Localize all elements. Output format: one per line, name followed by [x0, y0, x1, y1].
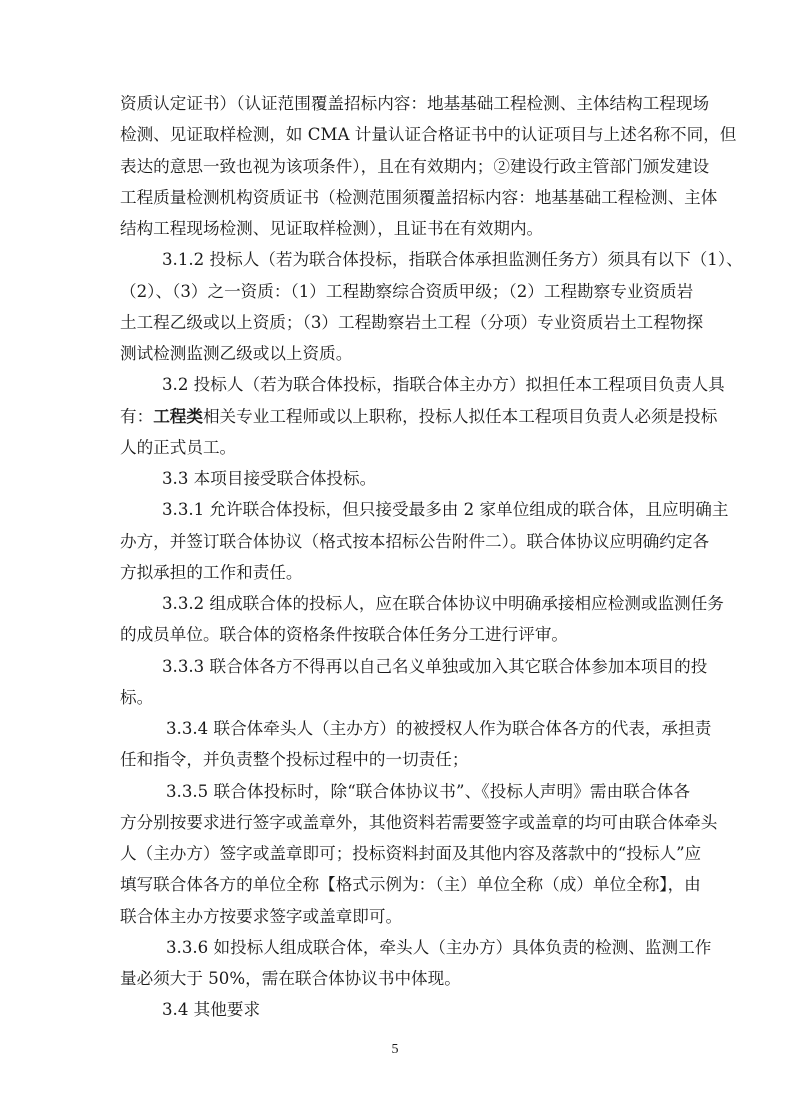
text-line: 结构工程现场检测、见证取样检测），且证书在有效期内。	[120, 213, 690, 244]
clause-3-3-1: 3.3.1 允许联合体投标，但只接受最多由 2 家单位组成的联合体，且应明确主	[120, 494, 690, 525]
text-line: 联合体主办方按要求签字或盖章即可。	[120, 901, 690, 932]
line-text: 相关专业工程师或以上职称，投标人拟任本工程项目负责人必须是投标	[203, 407, 717, 426]
text-line: 办方，并签订联合体协议（格式按本招标公告附件二）。联合体协议应明确约定各	[120, 526, 690, 557]
clause-3-3-6: 3.3.6 如投标人组成联合体，牵头人（主办方）具体负责的检测、监测工作	[120, 932, 690, 963]
clause-3-4: 3.4 其他要求	[120, 994, 690, 1025]
text-line: 土工程乙级或以上资质；（3）工程勘察岩土工程（分项）专业资质岩土工程物探	[120, 307, 690, 338]
bold-emphasis: 工程类	[153, 407, 203, 426]
text-line: 量必须大于 50%，需在联合体协议书中体现。	[120, 963, 690, 994]
text-line: 人（主办方）签字或盖章即可；投标资料封面及其他内容及落款中的“投标人”应	[120, 838, 690, 869]
text-line: 表达的意思一致也视为该项条件），且在有效期内；②建设行政主管部门颁发建设	[120, 151, 690, 182]
clause-3-3-5: 3.3.5 联合体投标时，除“联合体协议书”、《投标人声明》需由联合体各	[120, 776, 690, 807]
clause-3-3: 3.3 本项目接受联合体投标。	[120, 463, 690, 494]
clause-3-3-4: 3.3.4 联合体牵头人（主办方）的被授权人作为联合体各方的代表，承担责	[120, 713, 690, 744]
page-number: 5	[0, 1042, 790, 1058]
body-text: 资质认定证书）（认证范围覆盖招标内容：地基基础工程检测、主体结构工程现场 检测、…	[120, 88, 690, 1026]
text-line: 方拟承担的工作和责任。	[120, 557, 690, 588]
text-line: 任和指令，并负责整个投标过程中的一切责任；	[120, 744, 690, 775]
prefix-text: 有：	[120, 407, 153, 426]
text-line: 标。	[120, 682, 690, 713]
text-line: 有：工程类相关专业工程师或以上职称，投标人拟任本工程项目负责人必须是投标	[120, 401, 690, 432]
text-line: 工程质量检测机构资质证书（检测范围须覆盖招标内容：地基基础工程检测、主体	[120, 182, 690, 213]
text-line: 人的正式员工。	[120, 432, 690, 463]
text-line: 方分别按要求进行签字或盖章外，其他资料若需要签字或盖章的均可由联合体牵头	[120, 807, 690, 838]
text-line: （2）、（3）之一资质：（1）工程勘察综合资质甲级；（2）工程勘察专业资质岩	[120, 276, 690, 307]
text-line: 的成员单位。联合体的资格条件按联合体任务分工进行评审。	[120, 619, 690, 650]
clause-3-3-2: 3.3.2 组成联合体的投标人，应在联合体协议中明确承接相应检测或监测任务	[120, 588, 690, 619]
document-page: 资质认定证书）（认证范围覆盖招标内容：地基基础工程检测、主体结构工程现场 检测、…	[0, 0, 790, 1119]
text-line: 填写联合体各方的单位全称【格式示例为：（主）单位全称（成）单位全称】，由	[120, 869, 690, 900]
clause-3-3-3: 3.3.3 联合体各方不得再以自己名义单独或加入其它联合体参加本项目的投	[120, 651, 690, 682]
text-line: 检测、见证取样检测，如 CMA 计量认证合格证书中的认证项目与上述名称不同，但	[120, 119, 690, 150]
text-line: 测试检测监测乙级或以上资质。	[120, 338, 690, 369]
clause-3-1-2: 3.1.2 投标人（若为联合体投标，指联合体承担监测任务方）须具有以下（1）、	[120, 244, 690, 275]
clause-3-2: 3.2 投标人（若为联合体投标，指联合体主办方）拟担任本工程项目负责人具	[120, 369, 690, 400]
text-line: 资质认定证书）（认证范围覆盖招标内容：地基基础工程检测、主体结构工程现场	[120, 88, 690, 119]
